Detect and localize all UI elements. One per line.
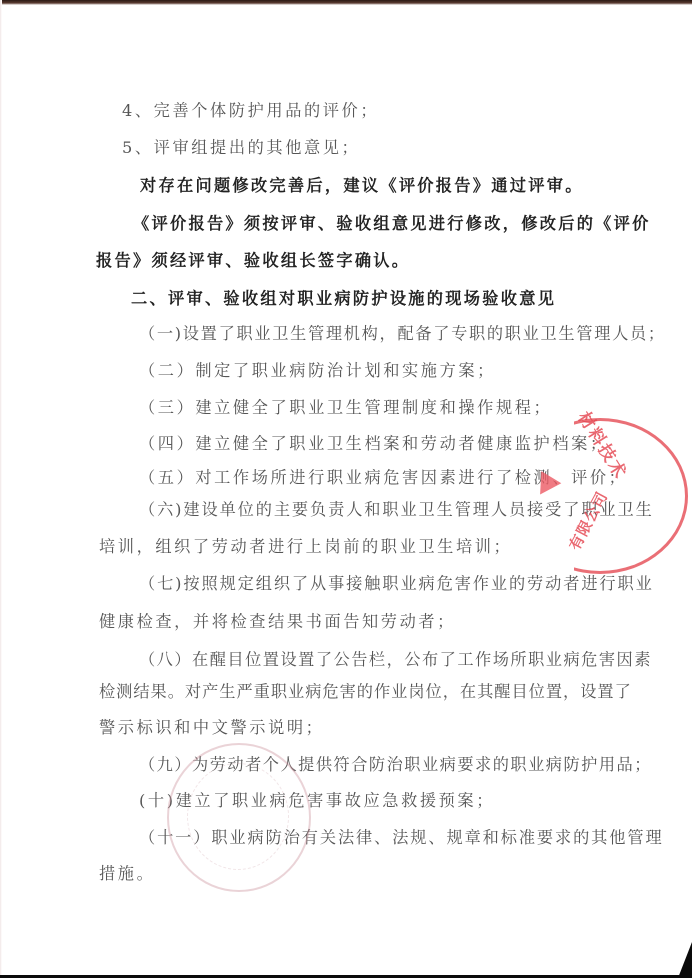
revision-note-line-1: 《评价报告》须按评审、验收组意见进行修改，修改后的《评价 (133, 214, 651, 234)
acceptance-item-11-line-2: 措施。 (99, 864, 155, 884)
acceptance-item-7-line-2: 健康检查，并将检查结果书面告知劳动者； (99, 612, 456, 632)
page-left-edge (0, 0, 2, 978)
faint-seal-inner-ring (187, 763, 289, 870)
review-item-5: 5、评审组提出的其他意见； (122, 138, 360, 158)
revision-note-line-2: 报告》须经评审、验收组长签字确认。 (96, 251, 410, 271)
review-item-4: 4、完善个体防护用品的评价； (122, 101, 379, 121)
page-corner-shadow (678, 942, 692, 978)
page-top-edge (0, 0, 692, 5)
acceptance-item-3: （三）建立健全了职业卫生管理制度和操作规程； (139, 398, 552, 418)
acceptance-item-6-line-2: 培训，组织了劳动者进行上岗前的职业卫生培训； (99, 537, 512, 557)
review-conclusion: 对存在问题修改完善后，建议《评价报告》通过评审。 (140, 176, 584, 196)
acceptance-item-4: （四）建立健全了职业卫生档案和劳动者健康监护档案； (139, 434, 609, 454)
section-heading-2: 二、评审、验收组对职业病防护设施的现场验收意见 (131, 289, 556, 309)
acceptance-item-1: （一)设置了职业卫生管理机构，配备了专职的职业卫生管理人员； (139, 324, 666, 344)
acceptance-item-8-line-3: 警示标识和中文警示说明； (99, 718, 324, 738)
acceptance-item-2: （二）制定了职业病防治计划和实施方案； (139, 361, 496, 381)
acceptance-item-8-line-1: （八）在醒目位置设置了公告栏，公布了工作场所职业病危害因素 (139, 650, 652, 670)
acceptance-item-8-line-2: 检测结果。对产生严重职业病危害的作业岗位，在其醒目位置，设置了 (99, 682, 632, 702)
acceptance-item-7-line-1: （七)按照规定组织了从事接触职业病危害作业的劳动者进行职业 (139, 574, 654, 594)
